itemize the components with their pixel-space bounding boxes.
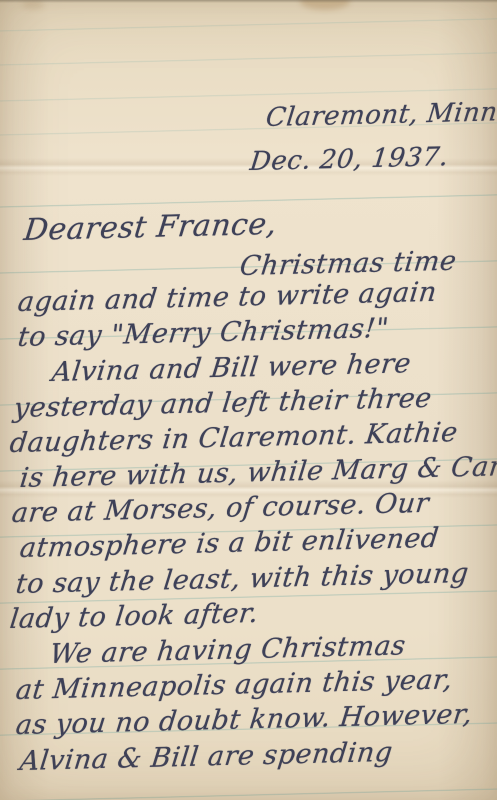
paper-top-edge — [0, 0, 497, 3]
date-line: Dec. 20, 1937. — [248, 143, 450, 178]
ruled-line — [0, 787, 497, 800]
place-line: Claremont, Minn. — [264, 98, 497, 134]
letter-sheet: Claremont, Minn. Dec. 20, 1937. Dearest … — [0, 0, 497, 800]
salutation-line: Dearest France, — [22, 208, 279, 249]
body-line: lady to look after. — [8, 598, 260, 635]
ruled-line — [0, 51, 497, 67]
ruled-line — [0, 17, 497, 33]
